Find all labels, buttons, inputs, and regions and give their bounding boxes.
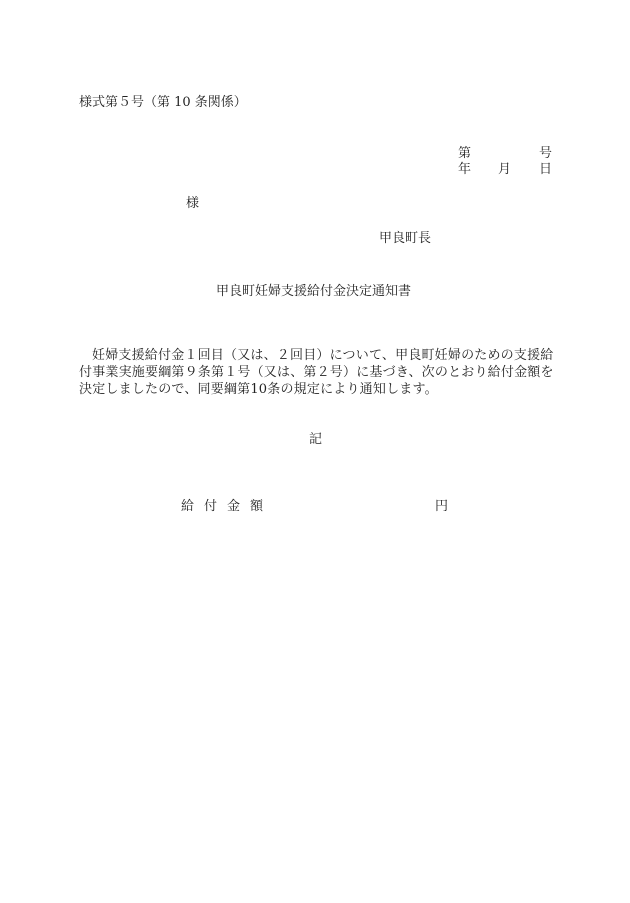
number-prefix: 第 — [458, 146, 471, 162]
ki-heading: 記 — [309, 432, 322, 448]
date-year: 年 — [458, 162, 471, 178]
sender-name: 甲良町長 — [379, 231, 431, 247]
number-suffix: 号 — [539, 146, 552, 162]
document-title-text: 甲良町妊婦支援給付金決定通知書 — [216, 284, 411, 300]
amount-label: 給付金額 — [181, 499, 273, 515]
date-month: 月 — [498, 162, 511, 178]
amount-unit: 円 — [435, 499, 448, 515]
date-day: 日 — [539, 162, 552, 178]
document-title: 甲良町妊婦支援給付金決定通知書 — [0, 284, 630, 300]
recipient-honorific: 様 — [186, 196, 199, 212]
body-paragraph: 妊婦支援給付金１回目（又は、２回目）について、甲良町妊婦のための支援給付事業実施… — [79, 347, 555, 398]
form-label: 様式第５号（第 10 条関係） — [79, 95, 247, 111]
